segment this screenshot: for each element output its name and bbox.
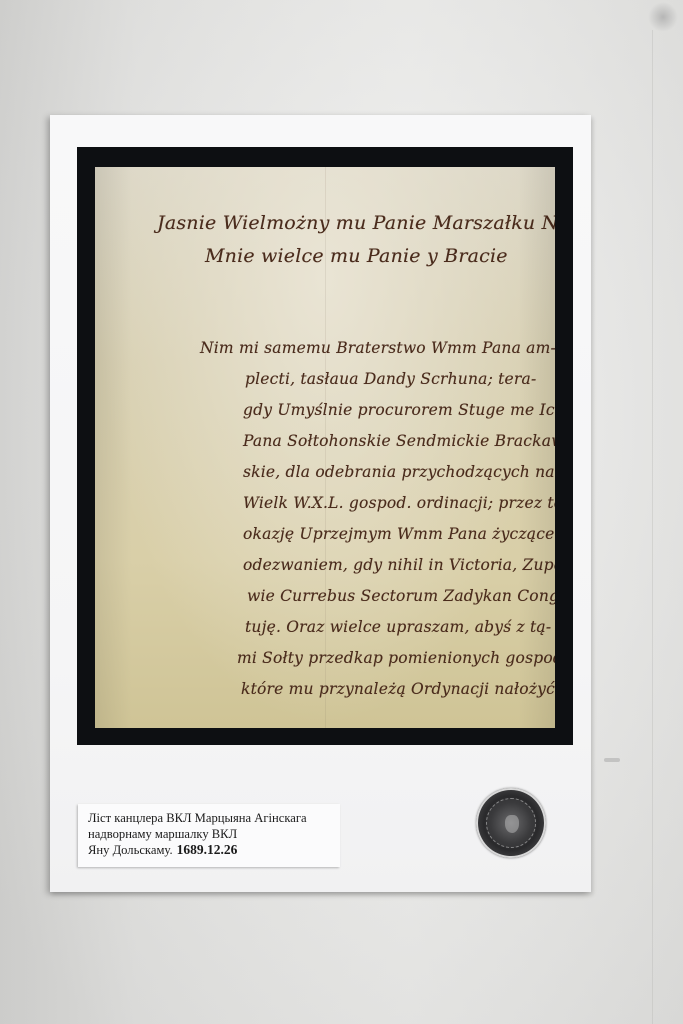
seal-figure xyxy=(505,815,519,833)
letter-body-line: Wielk W.X.L. gospod. ordinacji; przez tę xyxy=(243,494,555,512)
letter-body-line: Nim mi samemu Braterstwo Wmm Pana am- xyxy=(200,339,555,357)
wall-seam xyxy=(652,30,653,1024)
caption-line-2: надворнаму маршалку ВКЛ xyxy=(88,826,340,842)
seal-inner-ring xyxy=(486,798,536,848)
letter-body-line: tuję. Oraz wielce upraszam, abyś z tą- xyxy=(245,618,551,636)
wall-mark xyxy=(604,758,620,762)
wall-stain xyxy=(648,2,678,32)
exhibit-caption-label: Ліст канцлера ВКЛ Марцыяна Агінскага над… xyxy=(78,804,340,867)
letter-body-line: Pana Sołtohonskie Sendmickie Brackaw xyxy=(243,432,555,450)
caption-line-1: Ліст канцлера ВКЛ Марцыяна Агінскага xyxy=(88,810,340,826)
letter-body-line: wie Currebus Sectorum Zadykan Congratula… xyxy=(247,587,555,605)
seal-emblem-icon xyxy=(476,788,546,858)
letter-body-line: gdy Umyślnie procurorem Stuge me Ichm xyxy=(243,401,555,419)
caption-line-3: Яну Дольскаму. xyxy=(88,843,173,857)
letter-body-line: odezwaniem, gdy nihil in Victoria, Zupeł xyxy=(243,556,555,574)
exhibit-panel: Jasnie Wielmożny mu Panie Marszałku Nadw… xyxy=(50,115,591,892)
letter-salutation-line: Mnie wielce mu Panie y Bracie xyxy=(205,245,508,267)
letter-body-line: mi Sołty przedkap pomienionych gospod xyxy=(237,649,555,667)
letter-body-line: skie, dla odebrania przychodzących na Pi… xyxy=(243,463,555,481)
handwritten-letter: Jasnie Wielmożny mu Panie Marszałku Nadw… xyxy=(95,167,555,728)
photo-frame: Jasnie Wielmożny mu Panie Marszałku Nadw… xyxy=(77,147,573,745)
letter-body-line: plecti, tasłaua Dandy Scrhuna; tera- xyxy=(245,370,536,388)
letter-body-line: które mu przynależą Ordynacji nałożyć xyxy=(241,680,555,698)
caption-date: 1689.12.26 xyxy=(177,842,238,857)
letter-salutation-line: Jasnie Wielmożny mu Panie Marszałku Nadw… xyxy=(157,212,555,234)
letter-body-line: okazję Uprzejmym Wmm Pana życzące xyxy=(243,525,555,543)
